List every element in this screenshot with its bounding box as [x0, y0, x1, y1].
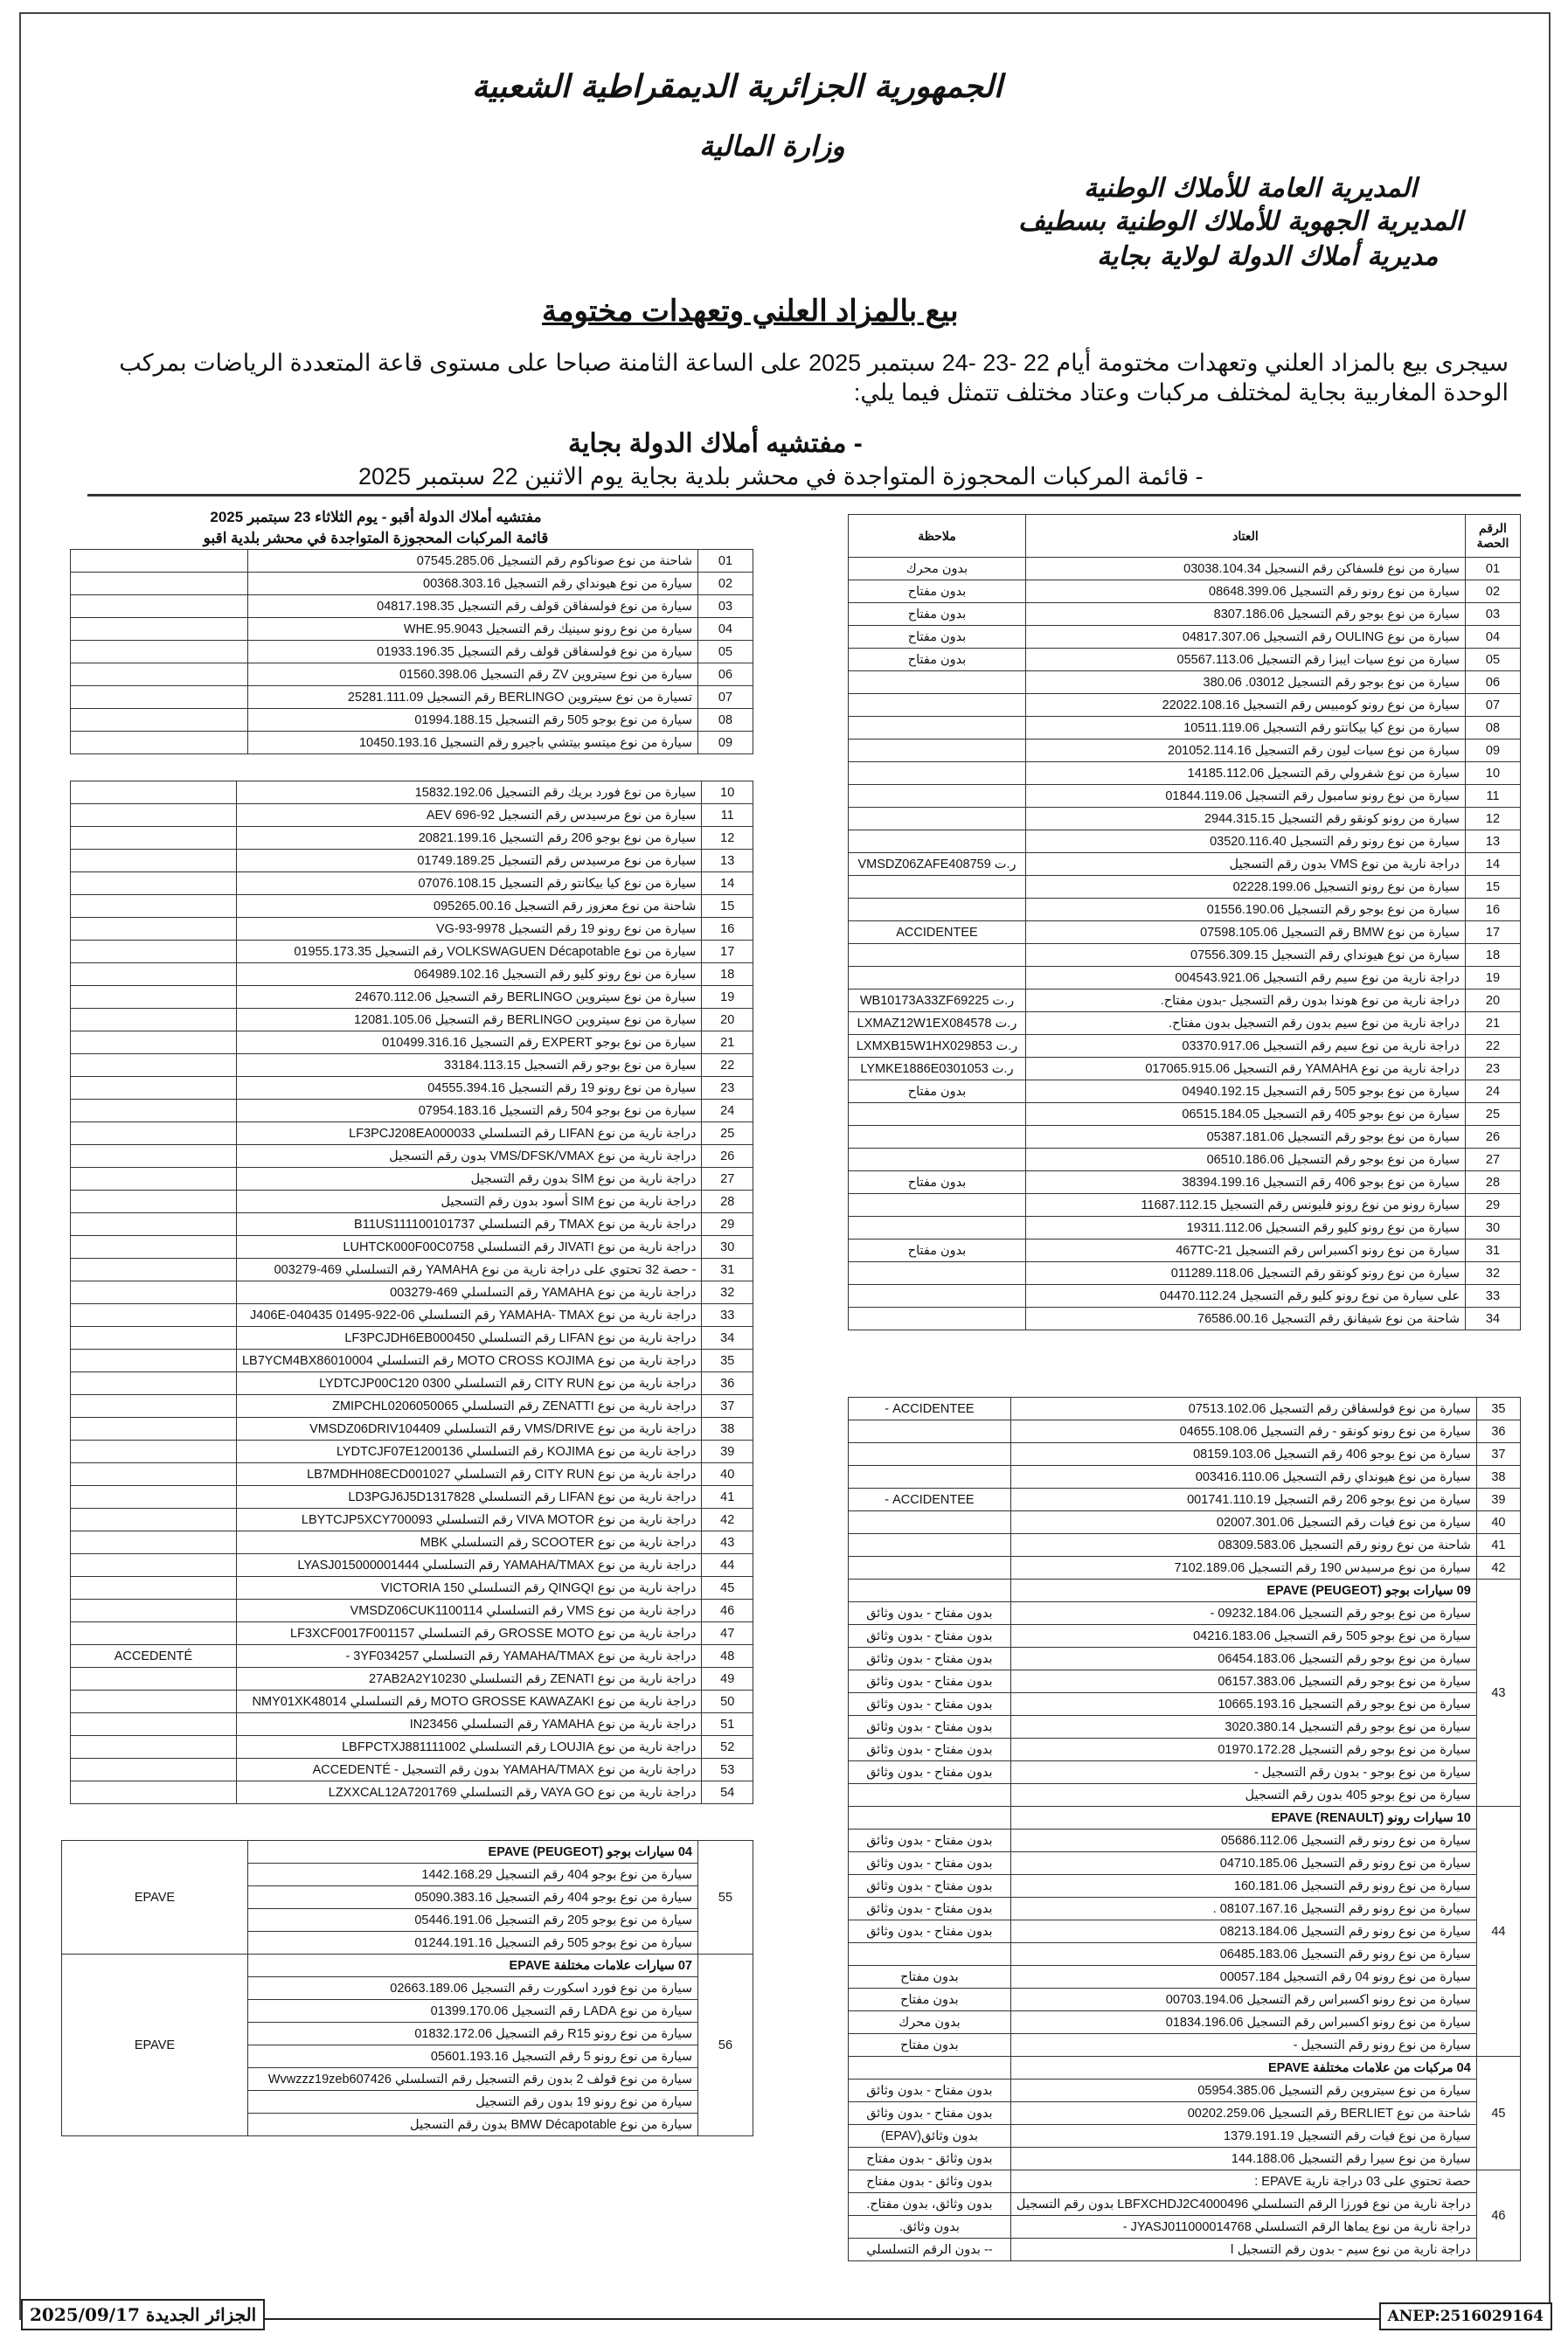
akbou-table-2: 10سيارة من نوع فورد بريك رقم التسجيل 158…: [70, 781, 753, 1804]
item-note: [849, 762, 1026, 785]
lot-number: 43: [702, 1531, 753, 1554]
lot-number: 23: [1466, 1058, 1521, 1080]
item-description: دراجة نارية من نوع YAMAHA رقم التسلسلي 4…: [236, 1281, 701, 1304]
item-note: [71, 1327, 237, 1350]
akbou-title-line1: مفتشيه أملاك الدولة أقبو - يوم الثلاثاء …: [192, 507, 559, 528]
item-note: بدون مفتاح - بدون وثائق: [849, 2080, 1011, 2102]
item-note: ACCIDENTEE -: [849, 1489, 1011, 1511]
item-note: [71, 573, 248, 595]
item-description: تسيارة من نوع سيتروين BERLINGO رقم التسج…: [248, 686, 698, 709]
item-description: سيارة من نوع بوجو رقم التسجيل 06454.183.…: [1010, 1648, 1476, 1670]
item-description: سيارة من نوع بوجو رقم التسجيل 06510.186.…: [1026, 1149, 1466, 1171]
lot-number: 38: [1476, 1466, 1520, 1489]
item-note: بدون مفتاح - بدون وثائق: [849, 1875, 1011, 1898]
item-note: بدون مفتاح - بدون وثائق: [849, 1602, 1011, 1625]
directorate-regional: المديرية الجهوية للأملاك الوطنية بسطيف: [1018, 206, 1463, 237]
item-description: سيارة من نوع LADA رقم التسجيل 01399.170.…: [248, 2000, 698, 2023]
table-row: سيارة من نوع رونو رقم التسجيل 160.181.06…: [849, 1875, 1521, 1898]
item-description: دراجة نارية من نوع VMS بدون رقم التسجيل: [1026, 853, 1466, 876]
item-description: دراجة نارية من نوع YAMAHA- TMAX رقم التس…: [236, 1304, 701, 1327]
table-row: 17سيارة من نوع VOLKSWAGUEN Décapotable ر…: [71, 941, 753, 963]
item-description: سيارة من نوع رونو رقم التسجيل 05686.112.…: [1010, 1830, 1476, 1852]
lot-number: 22: [702, 1054, 753, 1077]
lot-number: 04: [1466, 626, 1521, 649]
item-note: بدون مفتاح - بدون وثائق: [849, 1693, 1011, 1716]
item-description: دراجة نارية من نوع MOTO CROSS KOJIMA رقم…: [236, 1350, 701, 1372]
lot-number: 28: [702, 1191, 753, 1213]
item-description: شاحنة من نوع شيفانق رقم التسجيل 76586.00…: [1026, 1308, 1466, 1330]
lot-number: 31: [1466, 1239, 1521, 1262]
table-header: الرقم الحصةالعتادملاحظة: [849, 515, 1521, 558]
table-row: 26سيارة من نوع بوجو رقم التسجيل 05387.18…: [849, 1126, 1521, 1149]
item-note: [849, 967, 1026, 989]
item-note: بدون وثائق، بدون مفتاح.: [849, 2193, 1011, 2216]
lot-number: 23: [702, 1077, 753, 1100]
item-description: سيارة من نوع كيا بيكانتو رقم التسجيل 070…: [236, 872, 701, 895]
table-row: 47دراجة نارية من نوع GROSSE MOTO رقم الت…: [71, 1622, 753, 1645]
item-description: سيارة من نوع رونو 04 رقم التسجيل 00057.1…: [1010, 1966, 1476, 1989]
table-row: 27دراجة نارية من نوع SIM بدون رقم التسجي…: [71, 1168, 753, 1191]
item-description: سيارة من نوع رونو التسجيل 02228.199.06: [1026, 876, 1466, 899]
item-description: دراجة نارية من نوع CITY RUN رقم التسلسلي…: [236, 1372, 701, 1395]
lot-number: 52: [702, 1736, 753, 1759]
lot-number: 12: [1466, 808, 1521, 830]
lot-number: 41: [1476, 1534, 1520, 1557]
lot-number: 15: [702, 895, 753, 918]
bejaia-table: الرقم الحصةالعتادملاحظة01سيارة من نوع فل…: [848, 514, 1521, 1330]
table-row: 11سيارة من نوع مرسيدس رقم التسجيل 92-AEV…: [71, 804, 753, 827]
item-note: [849, 740, 1026, 762]
lot-number: 37: [1476, 1443, 1520, 1466]
item-note: [71, 1077, 237, 1100]
table-row: 04سيارة من نوع رونو سينيك رقم التسجيل 90…: [71, 618, 753, 641]
table-row: دراجة نارية من نوع سيم - بدون رقم التسجي…: [849, 2239, 1521, 2261]
item-description: سيارة من نوع بوجو 404 رقم التسجيل 05090.…: [248, 1886, 698, 1909]
item-description: سيارة من نوع بوجو 504 رقم التسجيل 07954.…: [236, 1100, 701, 1122]
item-note: بدون مفتاح - بدون وثائق: [849, 1852, 1011, 1875]
item-description: سيارة من نوع رونو سينيك رقم التسجيل 9043…: [248, 618, 698, 641]
table-row: 15شاحنة من نوع معزوز رقم التسجيل 095265.…: [71, 895, 753, 918]
table-row: 24سيارة من نوع بوجو 504 رقم التسجيل 0795…: [71, 1100, 753, 1122]
table-row: 30سيارة من نوع رونو كليو رقم التسجيل 193…: [849, 1217, 1521, 1239]
table-row: سيارة من نوع بوجو رقم التسجيل 06157.383.…: [849, 1670, 1521, 1693]
header-note: ملاحظة: [849, 515, 1026, 558]
group-note: EPAVE: [62, 1955, 248, 2136]
lot-number: 11: [702, 804, 753, 827]
table-row: 34شاحنة من نوع شيفانق رقم التسجيل 76586.…: [849, 1308, 1521, 1330]
item-description: سيارة من نوع سيتروين BERLINGO رقم التسجي…: [236, 1009, 701, 1031]
item-note: [849, 717, 1026, 740]
table-row: 36دراجة نارية من نوع CITY RUN رقم التسلس…: [71, 1372, 753, 1395]
table-row: سيارة من نوع رونو رقم التسجيل 04710.185.…: [849, 1852, 1521, 1875]
table-row: 39دراجة نارية من نوع KOJIMA رقم التسلسلي…: [71, 1441, 753, 1463]
table-row: 42سيارة من نوع مرسيدس 190 رقم التسجيل 71…: [849, 1557, 1521, 1580]
lot-number: 43: [1476, 1580, 1520, 1807]
item-description: سيارة من رونو كونقو رقم التسجيل 2944.315…: [1026, 808, 1466, 830]
table-row: سيارة من نوع بوجو - بدون رقم التسجيل -بد…: [849, 1761, 1521, 1784]
group-heading-row: 5504 سيارات بوجو (PEUGEOT) EPAVEEPAVE: [62, 1841, 753, 1864]
table-row: 12سيارة من رونو كونقو رقم التسجيل 2944.3…: [849, 808, 1521, 830]
item-note: [849, 1784, 1011, 1807]
group-heading-row: 4410 سيارات رونو (RENAULT) EPAVE: [849, 1807, 1521, 1830]
item-description: سيارة من نوع بوجو رقم التسجيل 33184.113.…: [236, 1054, 701, 1077]
item-description: شاحنة من نوع رونو رقم التسجيل 08309.583.…: [1010, 1534, 1476, 1557]
item-note: [849, 1420, 1011, 1443]
lot-number: 29: [1466, 1194, 1521, 1217]
item-note: [71, 709, 248, 732]
item-description: دراجة نارية من نوع فورزا الرقم التسلسلي …: [1010, 2193, 1476, 2216]
lot-number: 50: [702, 1691, 753, 1713]
item-note: [71, 732, 248, 754]
lot-number: 30: [702, 1236, 753, 1259]
lot-number: 36: [1476, 1420, 1520, 1443]
item-note: [71, 1486, 237, 1509]
item-note: بدون مفتاح - بدون وثائق: [849, 2102, 1011, 2125]
lot-number: 13: [702, 850, 753, 872]
item-note: بدون مفتاح: [849, 580, 1026, 603]
item-note: ACCIDENTEE -: [849, 1398, 1011, 1420]
table-row: سيارة من نوع فيات رقم التسجيل 1379.191.1…: [849, 2125, 1521, 2148]
item-description: سيارة من نوع رونو كومبيس رقم التسجيل 220…: [1026, 694, 1466, 717]
table-row: سيارة من نوع بوجو رقم التسجيل 06454.183.…: [849, 1648, 1521, 1670]
lot-number: 16: [1466, 899, 1521, 921]
table-row: 21دراجة نارية من نوع سيم بدون رقم التسجي…: [849, 1012, 1521, 1035]
bejaia-table-2: 35سيارة من نوع فولسفاقن رقم التسجيل 0751…: [848, 1397, 1521, 2261]
lot-number: 04: [698, 618, 753, 641]
item-description: دراجة نارية من نوع SCOOTER رقم التسلسلي …: [236, 1531, 701, 1554]
table-row: 14دراجة نارية من نوع VMS بدون رقم التسجي…: [849, 853, 1521, 876]
item-note: [71, 1395, 237, 1418]
item-description: سيارة من نوع هيونداي رقم التسجيل 07556.3…: [1026, 944, 1466, 967]
table-row: 22سيارة من نوع بوجو رقم التسجيل 33184.11…: [71, 1054, 753, 1077]
directorate-general: المديرية العامة للأملاك الوطنية: [1084, 173, 1417, 204]
item-note: [71, 1054, 237, 1077]
lot-number: 45: [702, 1577, 753, 1600]
lot-number: 21: [1466, 1012, 1521, 1035]
item-description: - حصة 32 تحتوي على دراجة نارية من نوع YA…: [236, 1259, 701, 1281]
item-description: سيارة من نوع رونو رقم التسجيل 08107.167.…: [1010, 1898, 1476, 1920]
lot-number: 02: [698, 573, 753, 595]
item-description: سيارة من نوع بوجو 206 رقم التسجيل 001741…: [1010, 1489, 1476, 1511]
table-row: 37سيارة من نوع بوجو 406 رقم التسجيل 0815…: [849, 1443, 1521, 1466]
item-note: [849, 1443, 1011, 1466]
item-description: سيارة من نوع هيونداي رقم التسجيل 003416.…: [1010, 1466, 1476, 1489]
item-description: سيارة من نوع رونو كليو رقم التسجيل 06498…: [236, 963, 701, 986]
item-note: [71, 1281, 237, 1304]
item-description: سيارة من نوع قولف 2 بدون رقم التسجيل رقم…: [248, 2068, 698, 2091]
item-description: دراجة نارية من نوع YAMAHA/TMAX رقم التسل…: [236, 1554, 701, 1577]
item-note: بدون مفتاح - بدون وثائق: [849, 1648, 1011, 1670]
lot-number: 03: [698, 595, 753, 618]
table-row: 03سيارة من نوع بوجو رقم التسجيل 8307.186…: [849, 603, 1521, 626]
item-note: بدون مفتاح: [849, 1239, 1026, 1262]
group-heading-row: 4309 سيارات بوجو (PEUGEOT) EPAVE: [849, 1580, 1521, 1602]
item-note: بدون مفتاح - بدون وثائق: [849, 1830, 1011, 1852]
table-row: 02سيارة من نوع هيونداي رقم التسجيل 00368…: [71, 573, 753, 595]
group-heading: 04 مركبات من علامات مختلفة EPAVE: [1010, 2057, 1476, 2080]
table-row: دراجة نارية من نوع فورزا الرقم التسلسلي …: [849, 2193, 1521, 2216]
table-row: 35دراجة نارية من نوع MOTO CROSS KOJIMA ر…: [71, 1350, 753, 1372]
item-description: سيارة من نوع فورد اسكورت رقم التسجيل 026…: [248, 1977, 698, 2000]
item-description: سيارة من نوع فيات رقم التسجيل 02007.301.…: [1010, 1511, 1476, 1534]
lot-number: 01: [698, 550, 753, 573]
table-row: 13سيارة من نوع مرسيدس رقم التسجيل 01749.…: [71, 850, 753, 872]
table-row: 25دراجة نارية من نوع LIFAN رقم التسلسلي …: [71, 1122, 753, 1145]
lot-number: 40: [702, 1463, 753, 1486]
item-note: بدون مفتاح - بدون وثائق: [849, 1920, 1011, 1943]
item-note: [71, 550, 248, 573]
lot-number: 06: [1466, 671, 1521, 694]
lot-number: 01: [1466, 558, 1521, 580]
item-note: [71, 872, 237, 895]
table-row: سيارة من نوع بوجو رقم التسجيل 10665.193.…: [849, 1693, 1521, 1716]
table-row: 18سيارة من نوع رونو كليو رقم التسجيل 064…: [71, 963, 753, 986]
lot-number: 36: [702, 1372, 753, 1395]
item-description: سيارة من نوع رونو رقم التسجيل 06485.183.…: [1010, 1943, 1476, 1966]
item-description: سيارة من نوع مرسيدس رقم التسجيل 92-AEV 6…: [236, 804, 701, 827]
table-row: 52دراجة نارية من نوع LOUJIA رقم التسلسلي…: [71, 1736, 753, 1759]
lot-number: 30: [1466, 1217, 1521, 1239]
item-description: سيارة من نوع سيات ليون رقم التسجيل 20105…: [1026, 740, 1466, 762]
table-row: 38دراجة نارية من نوع VMS/DRIVE رقم التسل…: [71, 1418, 753, 1441]
item-description: سيارة من نوع بوجو 205 رقم التسجيل 05446.…: [248, 1909, 698, 1932]
table-row: شاحنة من نوع BERLIET رقم التسجيل 00202.2…: [849, 2102, 1521, 2125]
inspection-heading: - مفتشيه أملاك الدولة بجاية: [568, 428, 863, 459]
lot-number: 32: [702, 1281, 753, 1304]
item-note: بدون محرك: [849, 558, 1026, 580]
item-note: [71, 918, 237, 941]
item-description: دراجة نارية من نوع VMS/DFSK/VMAX بدون رق…: [236, 1145, 701, 1168]
item-note: بدون مفتاح - بدون وثائق: [849, 1761, 1011, 1784]
item-description: دراجة نارية من نوع سيم بدون رقم التسجيل …: [1026, 1012, 1466, 1035]
lot-number: 41: [702, 1486, 753, 1509]
item-note: [71, 1259, 237, 1281]
table-row: سيارة من نوع رونو رقم التسجيل 08213.184.…: [849, 1920, 1521, 1943]
table-row: 25سيارة من نوع بوجو 405 رقم التسجيل 0651…: [849, 1103, 1521, 1126]
lot-number: 44: [1476, 1807, 1520, 2057]
item-description: سيارة من نوع رونو اكسبراس رقم التسجيل 00…: [1010, 1989, 1476, 2011]
item-note: [71, 1736, 237, 1759]
item-description: سيارة من نوع رونو كونقو رقم التسجيل 0112…: [1026, 1262, 1466, 1285]
item-description: سيارة من نوع سيتروين BERLINGO رقم التسجي…: [236, 986, 701, 1009]
table-row: 14سيارة من نوع كيا بيكانتو رقم التسجيل 0…: [71, 872, 753, 895]
table-row: 19سيارة من نوع سيتروين BERLINGO رقم التس…: [71, 986, 753, 1009]
table-row: 20دراجة نارية من نوع هوندا بدون رقم التس…: [849, 989, 1521, 1012]
table-row: 06سيارة من نوع سيتروين ZV رقم التسجيل 01…: [71, 663, 753, 686]
table-row: 09سيارة من نوع ميتسو بيتشي باجيرو رقم ال…: [71, 732, 753, 754]
table-row: سيارة من نوع رونو رقم التسجيل 06485.183.…: [849, 1943, 1521, 1966]
item-note: [849, 1149, 1026, 1171]
item-description: دراجة نارية من نوع سيم رقم التسجيل 03370…: [1026, 1035, 1466, 1058]
item-description: سيارة من نوع مرسيدس رقم التسجيل 01749.18…: [236, 850, 701, 872]
item-note: [71, 1441, 237, 1463]
item-description: دراجة نارية من نوع VAYA GO رقم التسلسلي …: [236, 1781, 701, 1804]
lot-number: 18: [702, 963, 753, 986]
lot-number: 10: [1466, 762, 1521, 785]
item-description: سيارة من نوع بوجو 505 رقم التسجيل 04940.…: [1026, 1080, 1466, 1103]
item-note: [71, 1304, 237, 1327]
table-row: 30دراجة نارية من نوع JIVATI رقم التسلسلي…: [71, 1236, 753, 1259]
intro-paragraph: سيجرى بيع بالمزاد العلني وتعهدات مختومة …: [75, 348, 1509, 407]
item-note: بدون مفتاح: [849, 626, 1026, 649]
lot-number: 25: [702, 1122, 753, 1145]
item-description: دراجة نارية من نوع QINGQI رقم التسلسلي V…: [236, 1577, 701, 1600]
table-row: 50دراجة نارية من نوع MOTO GROSSE KAWAZAK…: [71, 1691, 753, 1713]
item-note: بدون مفتاح - بدون وثائق: [849, 1670, 1011, 1693]
item-description: شاحنة من نوع BERLIET رقم التسجيل 00202.2…: [1010, 2102, 1476, 2125]
table-row: سيارة من نوع بوجو 505 رقم التسجيل 04216.…: [849, 1625, 1521, 1648]
lot-number: 32: [1466, 1262, 1521, 1285]
lot-number: 46: [1476, 2170, 1520, 2261]
table-row: 16سيارة من نوع رونو 19 رقم التسجيل 9978-…: [71, 918, 753, 941]
item-description: دراجة نارية من نوع ZENATTI رقم التسلسلي …: [236, 1395, 701, 1418]
table-row: 17سيارة من نوع BMW رقم التسجيل 07598.105…: [849, 921, 1521, 944]
item-description: دراجة نارية من نوع YAMAHA رقم التسجيل 01…: [1026, 1058, 1466, 1080]
item-description: سيارة رونو من نوع رونو فليونس رقم التسجي…: [1026, 1194, 1466, 1217]
table-row: 26دراجة نارية من نوع VMS/DFSK/VMAX بدون …: [71, 1145, 753, 1168]
table-row: 40دراجة نارية من نوع CITY RUN رقم التسلس…: [71, 1463, 753, 1486]
table-row: 44دراجة نارية من نوع YAMAHA/TMAX رقم الت…: [71, 1554, 753, 1577]
lot-number: 31: [702, 1259, 753, 1281]
group-heading: 04 سيارات بوجو (PEUGEOT) EPAVE: [248, 1841, 698, 1864]
lot-number: 34: [702, 1327, 753, 1350]
item-description: سيارة من نوع سيتروين رقم التسجيل 05954.3…: [1010, 2080, 1476, 2102]
item-description: دراجة نارية من نوع MOTO GROSSE KAWAZAKI …: [236, 1691, 701, 1713]
table-row: 37دراجة نارية من نوع ZENATTI رقم التسلسل…: [71, 1395, 753, 1418]
item-description: سيارة من نوع رونو رقم التسجيل 08213.184.…: [1010, 1920, 1476, 1943]
item-note: [71, 1031, 237, 1054]
table-row: 46حصة تحتوي على 03 دراجة نارية EPAVE :بد…: [849, 2170, 1521, 2193]
item-note: بدون وثائق.: [849, 2216, 1011, 2239]
lot-number: 16: [702, 918, 753, 941]
item-note: [849, 1217, 1026, 1239]
item-description: سيارة من نوع فولسفاقن قولف رقم التسجيل 0…: [248, 595, 698, 618]
lot-number: 34: [1466, 1308, 1521, 1330]
table-row: 09سيارة من نوع سيات ليون رقم التسجيل 201…: [849, 740, 1521, 762]
item-note: [71, 1009, 237, 1031]
ministry-heading: وزارة المالية: [699, 129, 845, 163]
table-row: 31سيارة من نوع رونو اكسبراس رقم التسجيل …: [849, 1239, 1521, 1262]
item-note: [71, 1350, 237, 1372]
table-row: سيارة من نوع رونو رقم التسجيل 08107.167.…: [849, 1898, 1521, 1920]
item-description: سيارة من نوع فورد بريك رقم التسجيل 15832…: [236, 781, 701, 804]
item-description: سيارة من نوع بوجو - بدون رقم التسجيل -: [1010, 1761, 1476, 1784]
item-note: [849, 1807, 1011, 1830]
table-row: سيارة من نوع سيرا رقم التسجيل 144.188.06…: [849, 2148, 1521, 2170]
item-description: سيارة من نوع OULING رقم التسجيل 04817.30…: [1026, 626, 1466, 649]
item-note: [71, 1691, 237, 1713]
item-description: دراجة نارية من نوع يماها الرقم التسلسلي …: [1010, 2216, 1476, 2239]
item-note: [71, 827, 237, 850]
item-description: سيارة من نوع بوجو رقم التسجيل 09232.184.…: [1010, 1602, 1476, 1625]
item-description: دراجة نارية من نوع سيم - بدون رقم التسجي…: [1010, 2239, 1476, 2261]
item-description: سيارة من نوع رونو اكسبراس رقم التسجيل 01…: [1010, 2011, 1476, 2034]
table-row: 02سيارة من نوع رونو رقم التسجيل 08648.39…: [849, 580, 1521, 603]
newspaper-date: الجزائر الجديدة 2025/09/17: [21, 2299, 265, 2330]
item-note: [849, 1126, 1026, 1149]
table-row: 29سيارة رونو من نوع رونو فليونس رقم التس…: [849, 1194, 1521, 1217]
akbou-title: مفتشيه أملاك الدولة أقبو - يوم الثلاثاء …: [192, 507, 559, 549]
lot-number: 20: [1466, 989, 1521, 1012]
item-description: سيارة من نوع فلسفاكن رقم النسجيل 03038.1…: [1026, 558, 1466, 580]
table-row: 05سيارة من نوع فولسفاقن قولف رقم التسجيل…: [71, 641, 753, 663]
item-description: سيارة من نوع بوجو رقم التسجيل 10665.193.…: [1010, 1693, 1476, 1716]
item-note: [71, 1372, 237, 1395]
item-note: [71, 1100, 237, 1122]
item-description: سيارة من نوع بوجو 406 رقم التسجيل 08159.…: [1010, 1443, 1476, 1466]
item-note: [849, 785, 1026, 808]
table-row: 18سيارة من نوع هيونداي رقم التسجيل 07556…: [849, 944, 1521, 967]
item-description: دراجة نارية من نوع CITY RUN رقم التسلسلي…: [236, 1463, 701, 1486]
lot-number: 56: [698, 1955, 753, 2136]
item-note: [71, 1418, 237, 1441]
table-row: 43دراجة نارية من نوع SCOOTER رقم التسلسل…: [71, 1531, 753, 1554]
anep-reference: ANEP:2516029164: [1379, 2302, 1552, 2330]
item-note: [849, 1511, 1011, 1534]
table-row: 35سيارة من نوع فولسفاقن رقم التسجيل 0751…: [849, 1398, 1521, 1420]
item-description: دراجة نارية من نوع LIFAN رقم التسلسلي LF…: [236, 1122, 701, 1145]
item-note: ر.ت WB10173A33ZF69225: [849, 989, 1026, 1012]
lot-number: 19: [702, 986, 753, 1009]
akbou-table-1: 01شاحنة من نوع صوناكوم رقم التسجيل 07545…: [70, 549, 753, 754]
item-description: سيارة من نوع رونو رقم التسجيل 03520.116.…: [1026, 830, 1466, 853]
item-note: بدون مفتاح - بدون وثائق: [849, 1739, 1011, 1761]
table-row: 31- حصة 32 تحتوي على دراجة نارية من نوع …: [71, 1259, 753, 1281]
lot-number: 11: [1466, 785, 1521, 808]
table-row: 49دراجة نارية من نوع ZENATI رقم التسلسلي…: [71, 1668, 753, 1691]
item-note: [71, 1668, 237, 1691]
table-row: 24سيارة من نوع بوجو 505 رقم التسجيل 0494…: [849, 1080, 1521, 1103]
item-description: دراجة نارية من نوع YAMAHA/TMAX رقم التسل…: [236, 1645, 701, 1668]
item-description: سيارة من نوع بوجو 505 رقم التسجيل 04216.…: [1010, 1625, 1476, 1648]
item-description: سيارة من نوع BMW رقم التسجيل 07598.105.0…: [1026, 921, 1466, 944]
table-row: سيارة من نوع سيتروين رقم التسجيل 05954.3…: [849, 2080, 1521, 2102]
item-note: [849, 899, 1026, 921]
item-note: بدون مفتاح: [849, 649, 1026, 671]
table-row: 39سيارة من نوع بوجو 206 رقم التسجيل 0017…: [849, 1489, 1521, 1511]
table-row: 41شاحنة من نوع رونو رقم التسجيل 08309.58…: [849, 1534, 1521, 1557]
table-row: 15سيارة من نوع رونو التسجيل 02228.199.06: [849, 876, 1521, 899]
item-description: سيارة من نوع بوجو رقم التسجيل 01556.190.…: [1026, 899, 1466, 921]
item-note: بدون محرك: [849, 2011, 1011, 2034]
table-row: 41دراجة نارية من نوع LIFAN رقم التسلسلي …: [71, 1486, 753, 1509]
table-row: سيارة من نوع بوجو 405 بدون رقم التسجيل: [849, 1784, 1521, 1807]
lot-number: 21: [702, 1031, 753, 1054]
table-row: 23سيارة من نوع رونو 19 رقم التسجيل 04555…: [71, 1077, 753, 1100]
divider: [87, 494, 1521, 496]
item-note: بدون مفتاح: [849, 2034, 1011, 2057]
item-description: سيارة من نوع بوجو 505 رقم التسجيل 01994.…: [248, 709, 698, 732]
table-row: 05سيارة من نوع سيات ايبزا رقم التسجيل 05…: [849, 649, 1521, 671]
lot-number: 17: [1466, 921, 1521, 944]
table-row: 19دراجة نارية من نوع سيم رقم التسجيل 004…: [849, 967, 1521, 989]
lot-number: 18: [1466, 944, 1521, 967]
header-lot-number: الرقم الحصة: [1466, 515, 1521, 558]
item-description: سيارة من نوع رونو كونقو - رقم التسجيل 04…: [1010, 1420, 1476, 1443]
item-note: [71, 895, 237, 918]
table-row: 46دراجة نارية من نوع VMS رقم التسلسلي VM…: [71, 1600, 753, 1622]
item-description: سيارة من نوع سيتروين ZV رقم التسجيل 0156…: [248, 663, 698, 686]
item-description: على سيارة من نوع رونو كليو رقم التسجيل 0…: [1026, 1285, 1466, 1308]
table-row: 07تسيارة من نوع سيتروين BERLINGO رقم الت…: [71, 686, 753, 709]
page-title: بيع بالمزاد العلني وتعهدات مختومة: [542, 294, 959, 329]
table-row: 06سيارة من نوع بوجو رقم التسجيل 03012. 3…: [849, 671, 1521, 694]
table-row: 16سيارة من نوع بوجو رقم التسجيل 01556.19…: [849, 899, 1521, 921]
table-row: 32سيارة من نوع رونو كونقو رقم التسجيل 01…: [849, 1262, 1521, 1285]
table-row: سيارة من نوع رونو رقم التسجيل -بدون مفتا…: [849, 2034, 1521, 2057]
lot-number: 44: [702, 1554, 753, 1577]
item-description: دراجة نارية من نوع LIFAN رقم التسلسلي LD…: [236, 1486, 701, 1509]
